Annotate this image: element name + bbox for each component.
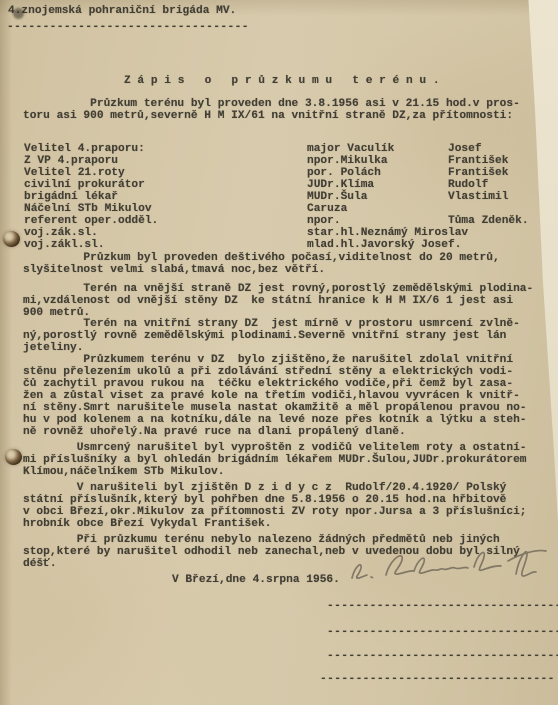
table-row: civilní prokurátor JUDr.Klíma Rudolf: [24, 179, 544, 191]
signature-line: ---------------------------------: [327, 600, 558, 612]
role-cell: Náčelní STb Mikulov: [24, 203, 152, 215]
role-cell: Velitel 4.praporu:: [24, 143, 145, 155]
paragraph-terrain-outer: Terén na vnější straně DZ jest rovný,por…: [23, 283, 533, 319]
rank-cell: por. Polách: [307, 167, 381, 179]
ink-blot: [13, 8, 24, 19]
name-cell: František: [448, 155, 508, 167]
rank-cell: major Vaculík: [307, 143, 394, 155]
rank-cell: Caruza: [307, 203, 347, 215]
paragraph-identification: V narušiteli byl zjištěn D z i d y c z R…: [23, 482, 527, 530]
page-edge: [534, 0, 558, 564]
role-cell: Velitel 21.roty: [24, 167, 125, 179]
role-cell: voj.zák.sl.: [24, 227, 98, 239]
attendees-table: Velitel 4.praporu: major Vaculík Josef Z…: [24, 143, 544, 251]
table-row: brigádní lékař MUDr.Šula Vlastimil: [24, 191, 544, 203]
table-row: referent oper.odděl. npor. Tůma Zdeněk.: [24, 215, 544, 227]
table-row: voj.zákl.sl. mlad.hl.Javorský Josef.: [24, 239, 544, 251]
table-row: Velitel 21.roty por. Polách František: [24, 167, 544, 179]
rank-cell: MUDr.Šula: [307, 191, 367, 203]
document-title: Z á p i s o p r ů z k u m u t e r é n u …: [124, 75, 440, 87]
rank-cell: mlad.hl.Javorský Josef.: [307, 239, 461, 251]
signature-line: ---------------------------------: [327, 650, 558, 662]
name-cell: Tůma Zdeněk.: [448, 215, 529, 227]
name-cell: Vlastimil: [448, 191, 508, 203]
role-cell: brigádní lékař: [24, 191, 118, 203]
table-row: Z VP 4.praporu npor.Mikulka František: [24, 155, 544, 167]
table-row: voj.zák.sl. star.hl.Neznámý Miroslav: [24, 227, 544, 239]
rank-cell: star.hl.Neznámý Miroslav: [307, 227, 468, 239]
handwritten-signature: [338, 536, 556, 594]
name-cell: Rudolf: [448, 179, 488, 191]
role-cell: Z VP 4.praporu: [24, 155, 118, 167]
name-cell: František: [448, 167, 508, 179]
paragraph-findings: Průzkumem terénu v DZ bylo zjištěno,že n…: [23, 354, 527, 438]
paragraph-terrain-inner: Terén na vnitřní strany DZ jest mírně v …: [23, 318, 520, 354]
dateline: V Březí,dne 4.srpna 1956.: [172, 574, 340, 586]
role-cell: voj.zákl.sl.: [24, 239, 105, 251]
punch-hole-top: [3, 231, 20, 247]
name-cell: Josef: [448, 143, 482, 155]
unit-header: 4.znojemská pohraniční brigáda MV.: [8, 5, 236, 17]
punch-hole-bottom: [5, 449, 22, 465]
header-underline-rule: ----------------------------------: [7, 21, 249, 33]
signature-line: ---------------------------------: [327, 626, 558, 638]
signature-line: ---------------------------------: [320, 673, 555, 685]
table-row: Náčelní STb Mikulov Caruza: [24, 203, 544, 215]
paragraph-removal: Usmrcený narušitel byl vyproštěn z vodič…: [23, 442, 527, 478]
rank-cell: npor.: [307, 215, 341, 227]
document-page: 4.znojemská pohraniční brigáda MV. -----…: [0, 0, 558, 705]
rank-cell: npor.Mikulka: [307, 155, 388, 167]
paragraph-weather: Průzkum byl proveden deštivého počasí,vi…: [23, 252, 500, 276]
paragraph-intro: Průzkum terénu byl proveden dne 3.8.1956…: [23, 98, 520, 122]
table-row: Velitel 4.praporu: major Vaculík Josef: [24, 143, 544, 155]
role-cell: civilní prokurátor: [24, 179, 145, 191]
paper-crease: [545, 0, 552, 170]
rank-cell: JUDr.Klíma: [307, 179, 374, 191]
role-cell: referent oper.odděl.: [24, 215, 158, 227]
